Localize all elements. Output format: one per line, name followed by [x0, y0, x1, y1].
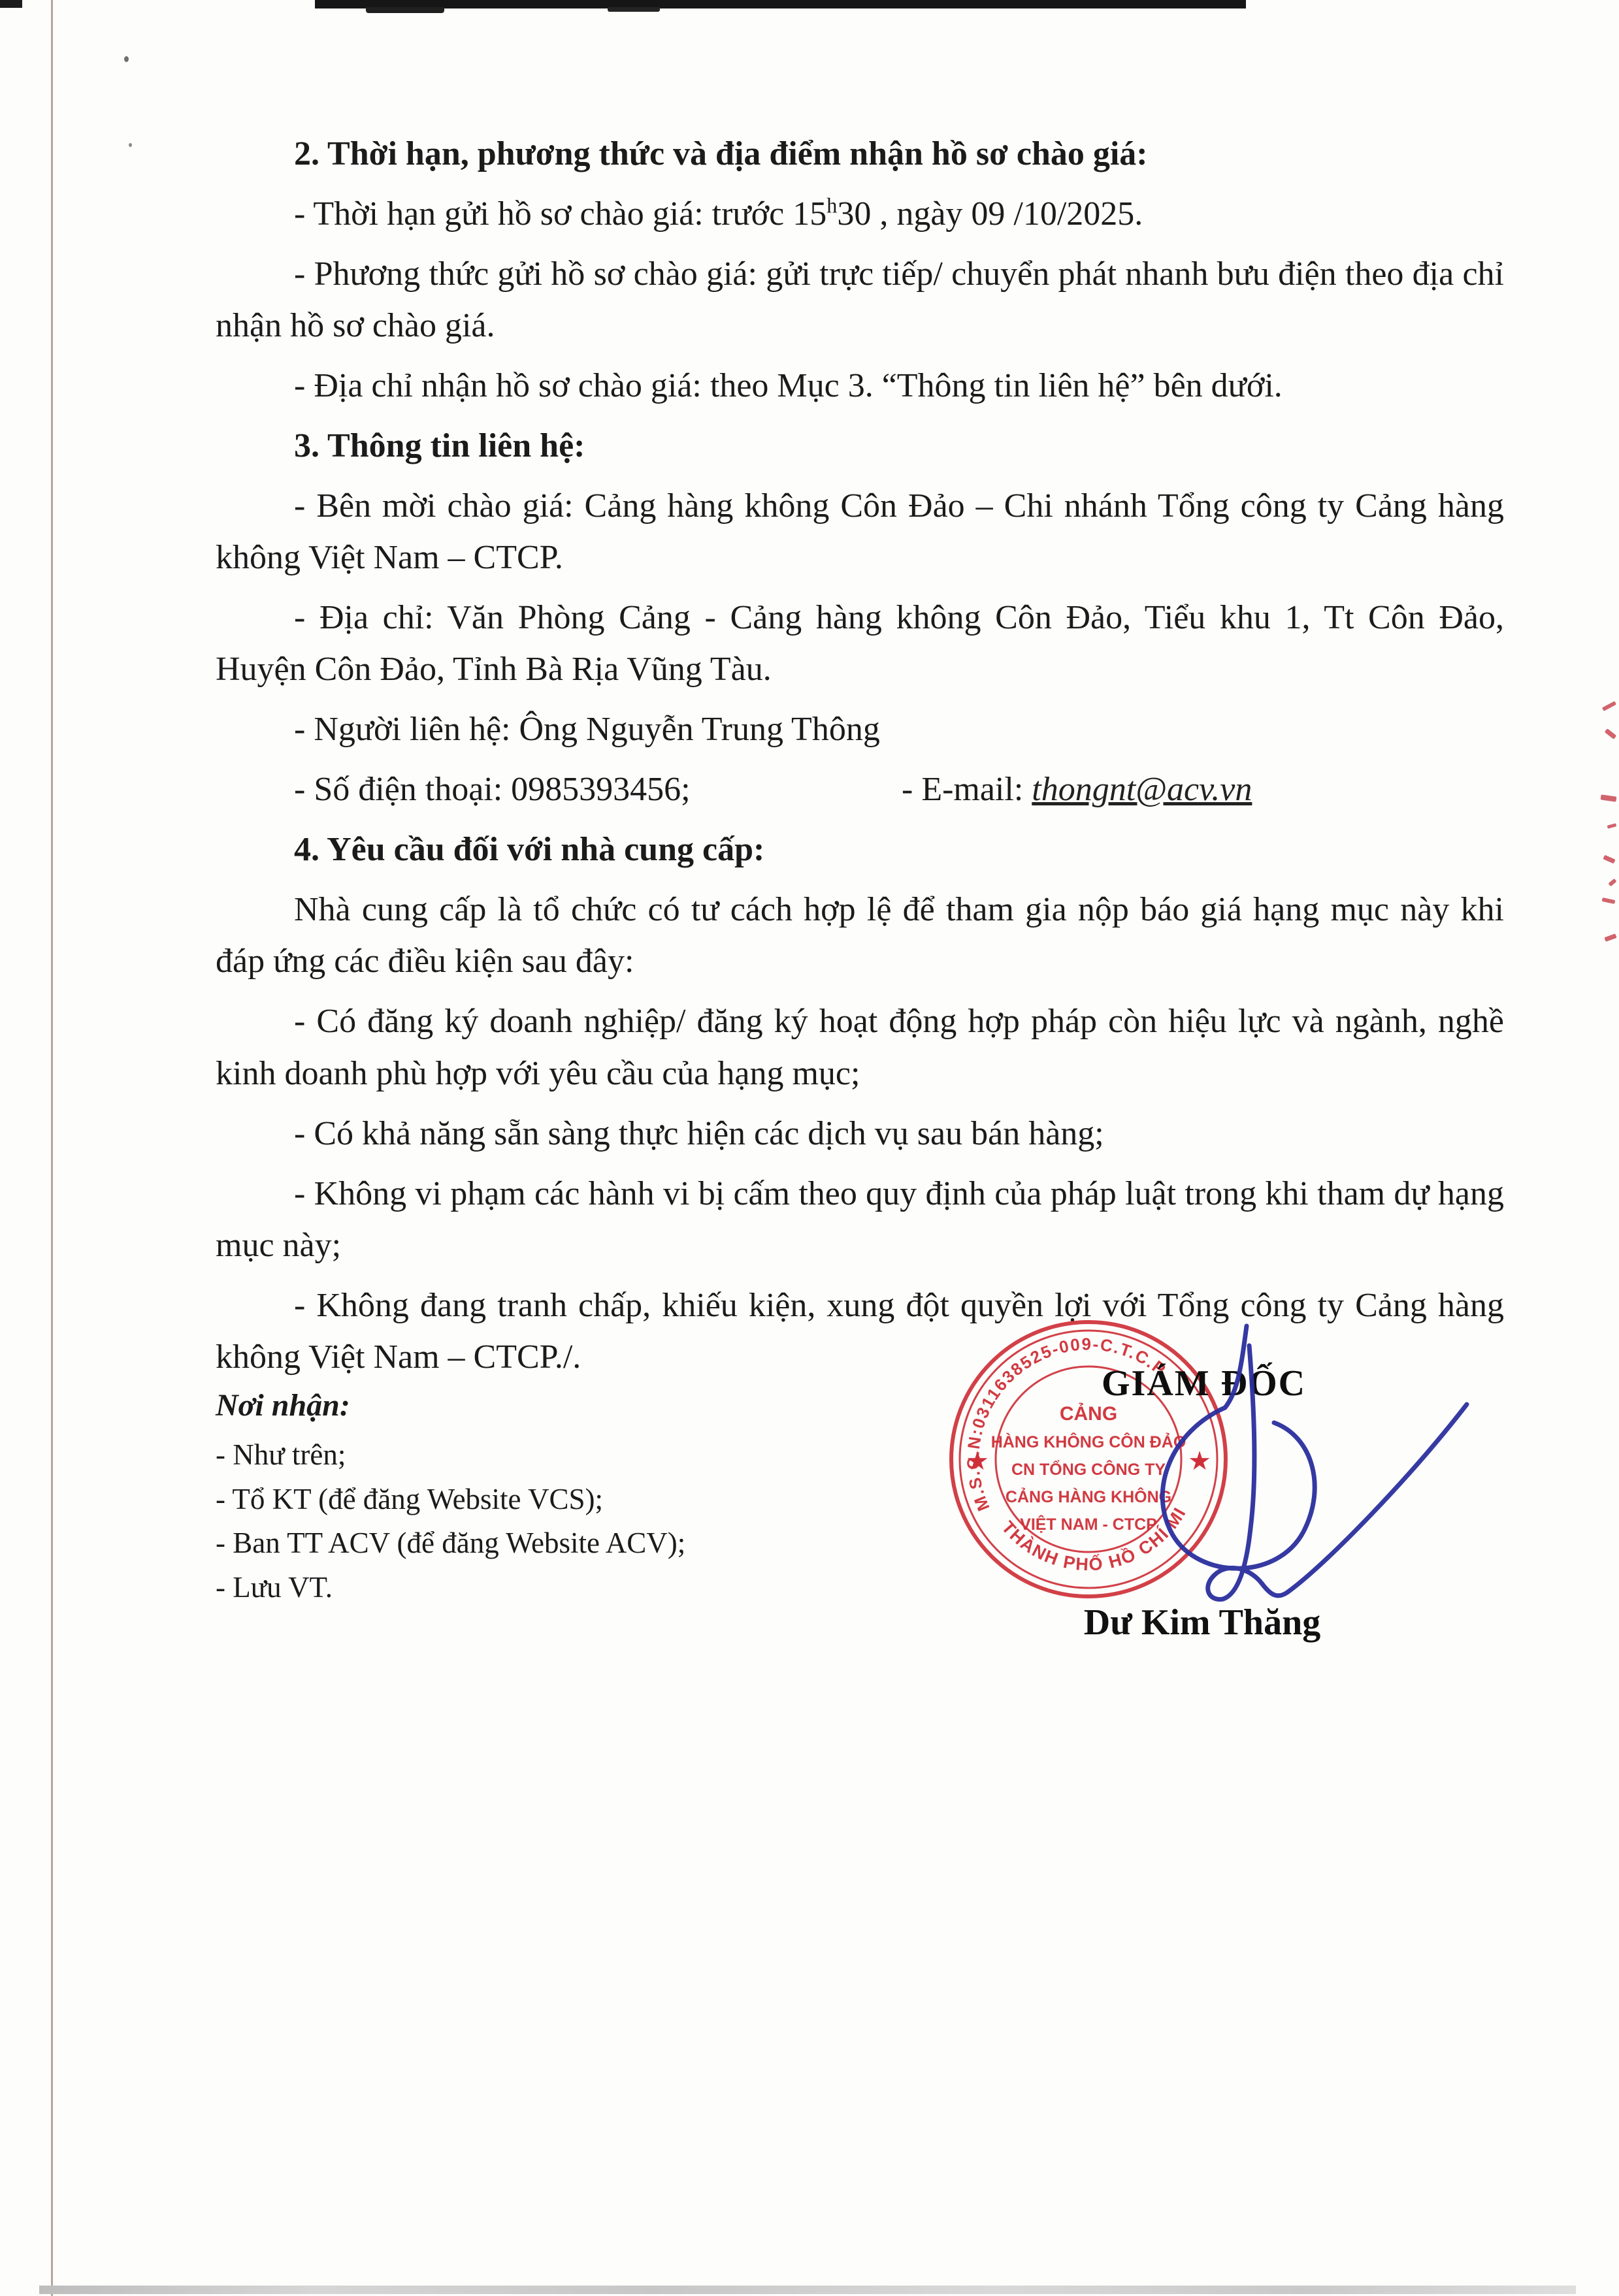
scan-artifact-corner: [0, 0, 22, 8]
scan-artifact-top-lump: [608, 7, 660, 12]
section-3-heading: 3. Thông tin liên hệ:: [216, 420, 1504, 472]
scan-artifact-red-mark: [1602, 701, 1616, 711]
inviter-line: - Bên mời chào giá: Cảng hàng không Côn …: [216, 480, 1504, 583]
supplier-intro: Nhà cung cấp là tổ chức có tư cách hợp l…: [216, 884, 1504, 987]
document-body: 2. Thời hạn, phương thức và địa điểm nhậ…: [216, 128, 1504, 1391]
scan-artifact-dot: [129, 143, 132, 147]
recipients-label: Nơi nhận:: [216, 1382, 685, 1429]
email-label: - E-mail:: [902, 771, 1032, 808]
recipient-item: - Tổ KT (để đăng Website VCS);: [216, 1478, 685, 1522]
deadline-text: - Thời hạn gửi hồ sơ chào giá: trước 15: [294, 195, 826, 233]
signature-ink: [1111, 1306, 1490, 1620]
requirement-2: - Có khả năng sẵn sàng thực hiện các dịc…: [216, 1108, 1504, 1159]
hour-superscript: h: [826, 194, 837, 218]
stamp-line-1: CẢNG: [1060, 1402, 1117, 1425]
phone-email-line: - Số điện thoại: 0985393456;- E-mail: th…: [216, 764, 1504, 815]
recipient-item: - Ban TT ACV (để đăng Website ACV);: [216, 1521, 685, 1566]
scan-artifact-dot: [124, 56, 129, 62]
scan-artifact-bottom-bar: [39, 2286, 1576, 2294]
scan-artifact-red-mark: [1604, 933, 1616, 942]
stamp-star-left-icon: ★: [966, 1446, 989, 1476]
scan-artifact-red-mark: [1607, 823, 1617, 828]
scan-artifact-red-mark: [1603, 855, 1615, 864]
signature-stroke: [1162, 1326, 1315, 1568]
deadline-line: - Thời hạn gửi hồ sơ chào giá: trước 15h…: [216, 188, 1504, 240]
recipient-item: - Như trên;: [216, 1433, 685, 1478]
scan-artifact-red-mark: [1602, 897, 1616, 904]
requirement-1: - Có đăng ký doanh nghiệp/ đăng ký hoạt …: [216, 995, 1504, 1099]
contact-person-line: - Người liên hệ: Ông Nguyễn Trung Thông: [216, 703, 1504, 755]
scan-artifact-top-bar: [315, 0, 1246, 8]
office-address-line: - Địa chỉ: Văn Phòng Cảng - Cảng hàng kh…: [216, 592, 1504, 695]
recipient-item: - Lưu VT.: [216, 1566, 685, 1610]
receive-address-line: - Địa chỉ nhận hồ sơ chào giá: theo Mục …: [216, 360, 1504, 412]
scan-artifact-top-lump: [366, 7, 444, 13]
document-page: 2. Thời hạn, phương thức và địa điểm nhậ…: [0, 0, 1619, 2296]
signature-stroke: [1208, 1346, 1467, 1599]
method-line: - Phương thức gửi hồ sơ chào giá: gửi tr…: [216, 248, 1504, 351]
scan-artifact-red-mark: [1608, 879, 1616, 886]
scan-artifact-red-mark: [1605, 728, 1616, 739]
scan-artifact-left-line: [51, 0, 53, 2296]
section-4-heading: 4. Yêu cầu đối với nhà cung cấp:: [216, 824, 1504, 875]
phone-number: - Số điện thoại: 0985393456;: [294, 764, 902, 815]
requirement-3: - Không vi phạm các hành vi bị cấm theo …: [216, 1168, 1504, 1271]
section-2-heading: 2. Thời hạn, phương thức và địa điểm nhậ…: [216, 128, 1504, 180]
recipients-block: Nơi nhận: - Như trên; - Tổ KT (để đăng W…: [216, 1382, 685, 1609]
deadline-date: 30 , ngày 09 /10/2025.: [837, 195, 1143, 233]
email-address: thongnt@acv.vn: [1032, 771, 1252, 808]
scan-artifact-red-mark: [1601, 794, 1617, 801]
